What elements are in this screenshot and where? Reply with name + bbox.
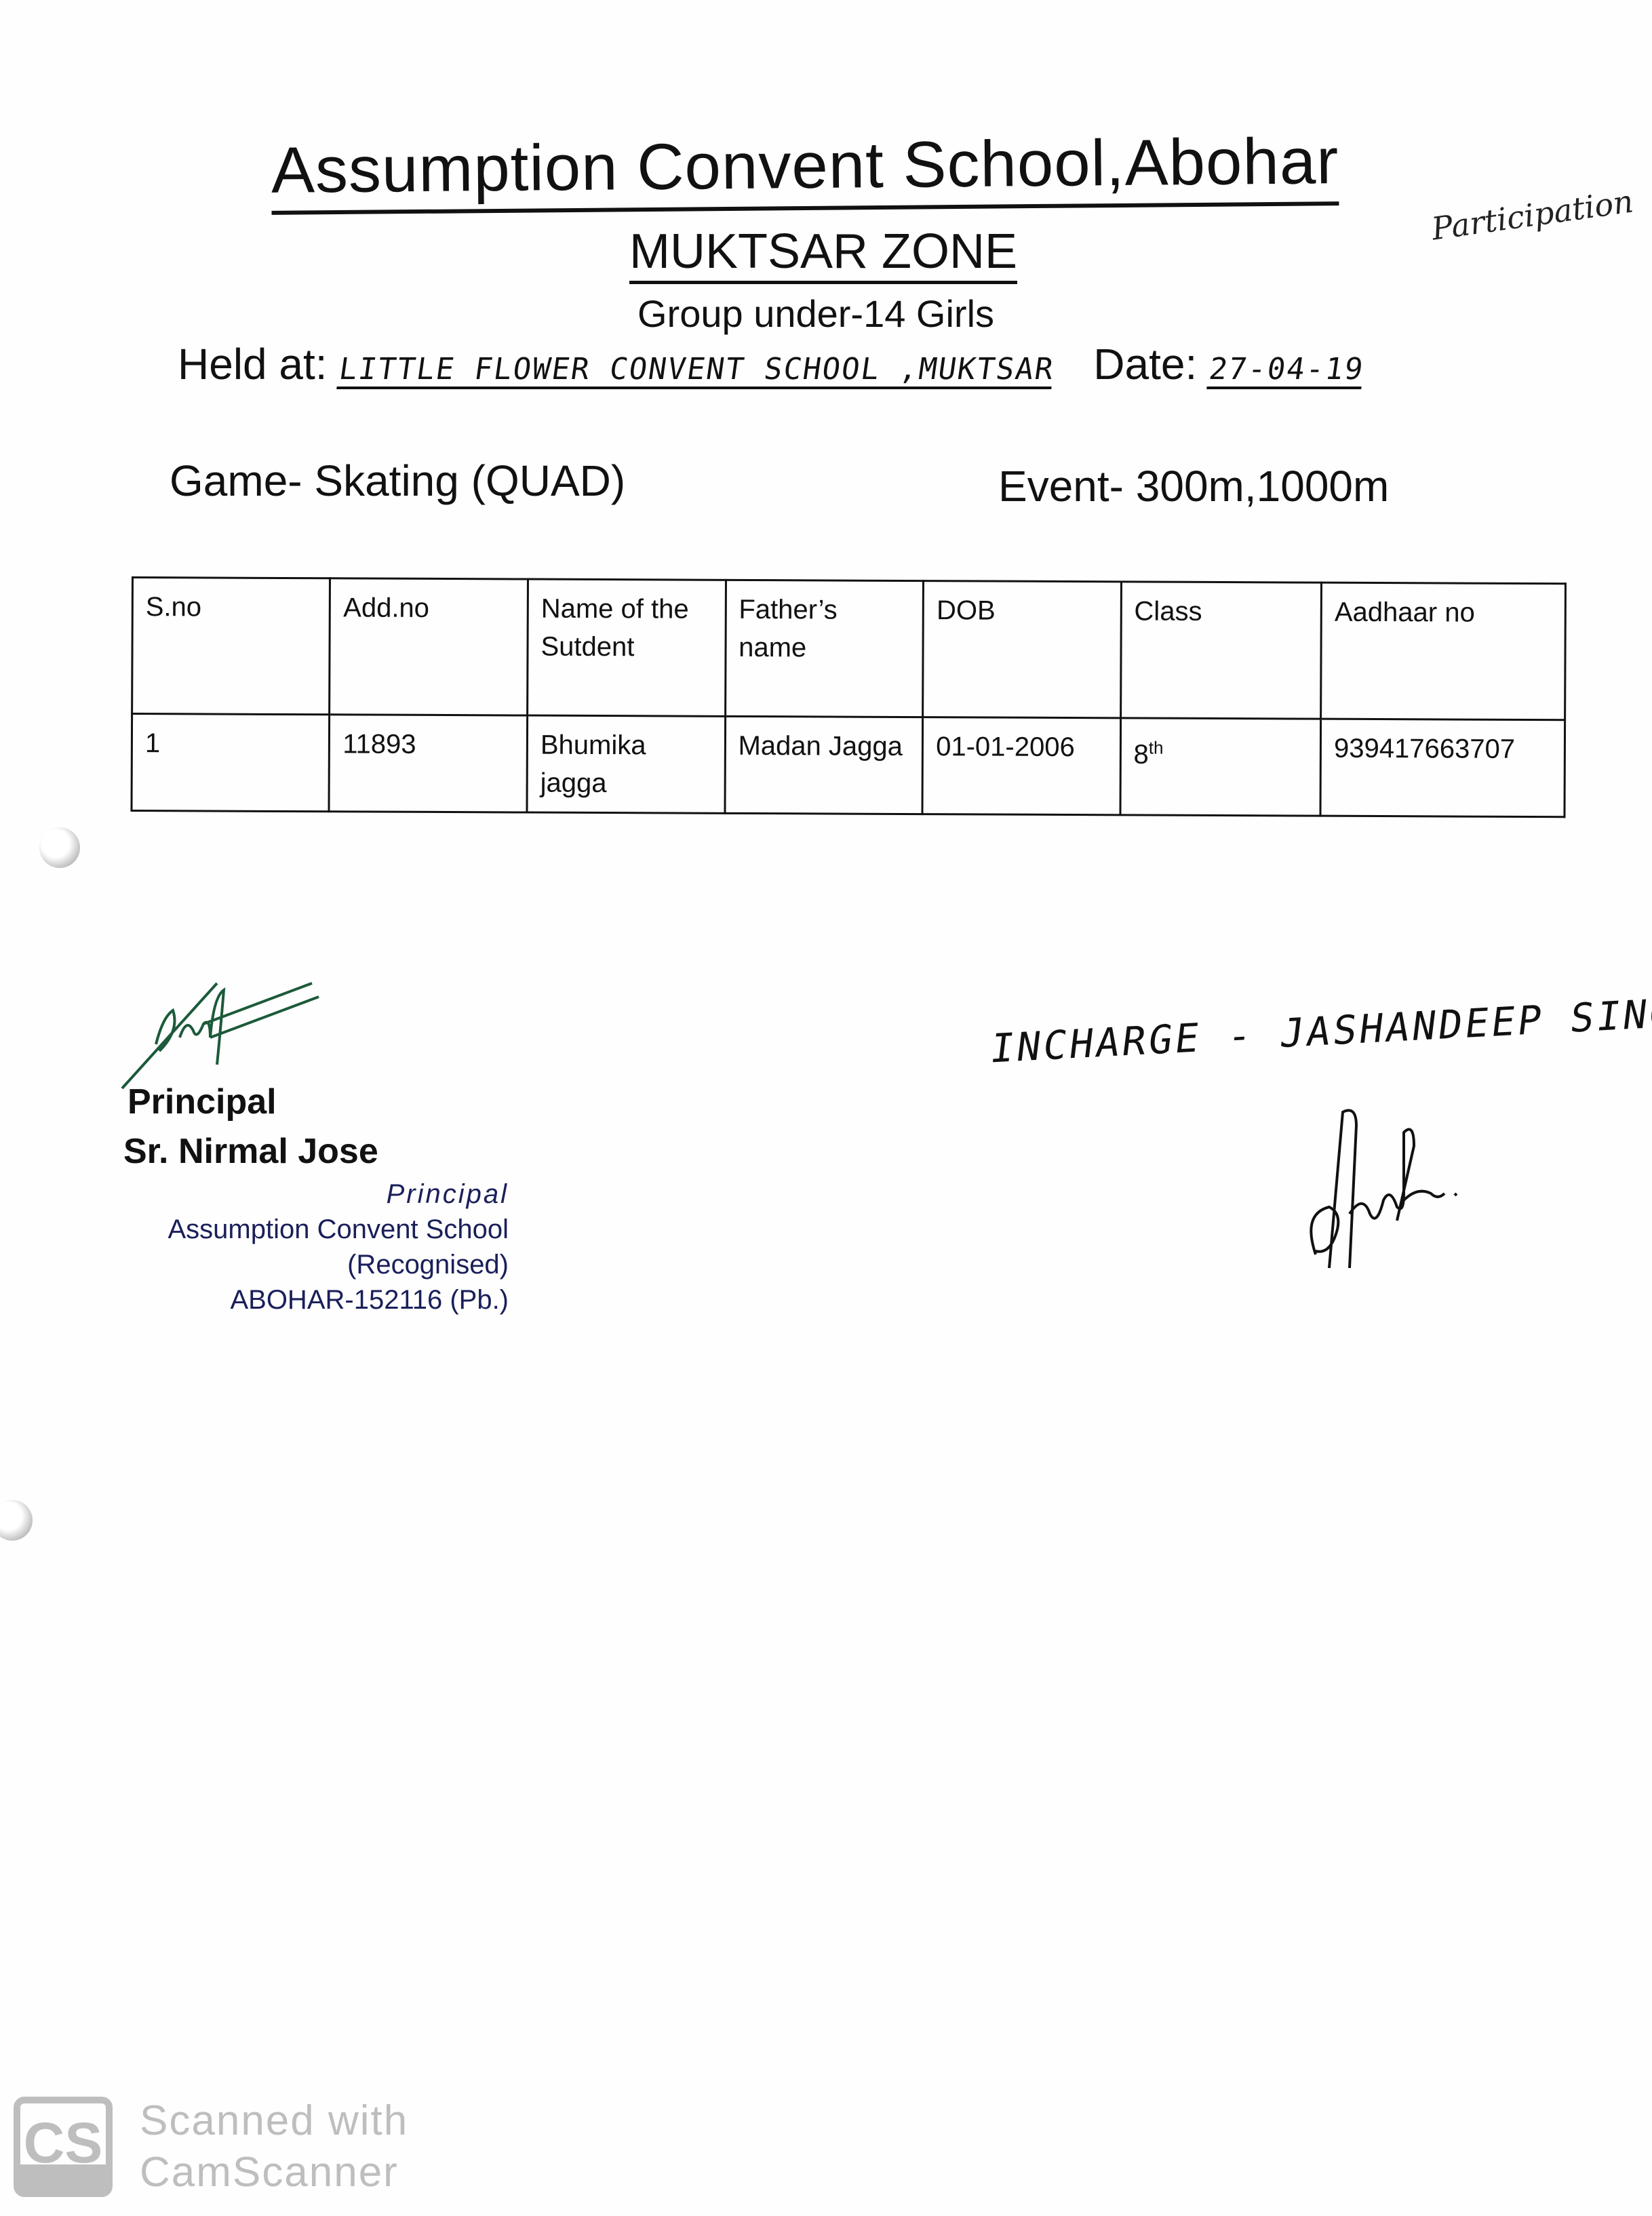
watermark-line1: Scanned with: [140, 2095, 408, 2147]
column-header: DOB: [923, 581, 1121, 718]
zone-title: MUKTSAR ZONE: [629, 224, 1017, 284]
stamp-school: Assumption Convent School: [156, 1212, 509, 1247]
incharge-signature-icon: [1302, 1105, 1478, 1275]
class-number: 8: [1133, 740, 1148, 770]
camscanner-watermark: CS Scanned with CamScanner: [14, 2095, 408, 2198]
group-subtitle: Group under-14 Girls: [637, 292, 994, 336]
principal-name: Sr. Nirmal Jose: [123, 1131, 378, 1172]
stamp-status: (Recognised): [156, 1247, 509, 1282]
held-at-label: Held at:: [178, 340, 328, 389]
principal-stamp: Principal Assumption Convent School (Rec…: [156, 1176, 509, 1318]
registration-table: S.no Add.no Name of the Sutdent Father’s…: [130, 576, 1566, 818]
held-at-value: LITTLE FLOWER CONVENT SCHOOL ,MUKTSAR: [336, 352, 1057, 389]
column-header: Add.no: [330, 578, 528, 715]
cell-student-name: Bhumika jagga: [527, 715, 725, 813]
principal-label: Principal: [127, 1082, 277, 1122]
punch-hole-icon: [39, 827, 80, 868]
incharge-note: INCHARGE - JASHANDEEP SINGH: [988, 988, 1652, 1072]
column-header: Class: [1120, 582, 1321, 719]
game-label: Game- Skating (QUAD): [170, 456, 625, 506]
held-at-row: Held at: LITTLE FLOWER CONVENT SCHOOL ,M…: [178, 339, 1364, 389]
class-suffix: th: [1149, 738, 1164, 758]
event-label: Event- 300m,1000m: [998, 461, 1389, 511]
cell-aadhaar: 939417663707: [1320, 719, 1565, 817]
school-title: Assumption Convent School,Abohar: [271, 124, 1339, 215]
table-row: 1 11893 Bhumika jagga Madan Jagga 01-01-…: [132, 714, 1565, 817]
watermark-line2: CamScanner: [140, 2147, 408, 2198]
watermark-text: Scanned with CamScanner: [140, 2095, 408, 2198]
column-header: Name of the Sutdent: [528, 579, 726, 716]
column-header: Aadhaar no: [1321, 582, 1566, 720]
date-value: 27-04-19: [1206, 352, 1366, 389]
cell-class: 8th: [1120, 718, 1321, 816]
cell-dob: 01-01-2006: [922, 717, 1120, 815]
cell-father-name: Madan Jagga: [725, 716, 923, 814]
stamp-title: Principal: [156, 1176, 509, 1212]
stamp-address: ABOHAR-152116 (Pb.): [156, 1282, 509, 1318]
camscanner-logo-icon: CS: [14, 2097, 113, 2197]
punch-hole-icon: [0, 1500, 33, 1541]
column-header: Father’s name: [725, 580, 923, 717]
principal-signature-icon: [115, 970, 332, 1092]
cell-sno: 1: [132, 714, 330, 812]
date-label: Date:: [1093, 340, 1197, 389]
column-header: S.no: [132, 578, 330, 715]
handwritten-note: Participation: [1430, 182, 1636, 247]
cell-add-no: 11893: [329, 715, 527, 812]
table-header-row: S.no Add.no Name of the Sutdent Father’s…: [132, 578, 1566, 720]
